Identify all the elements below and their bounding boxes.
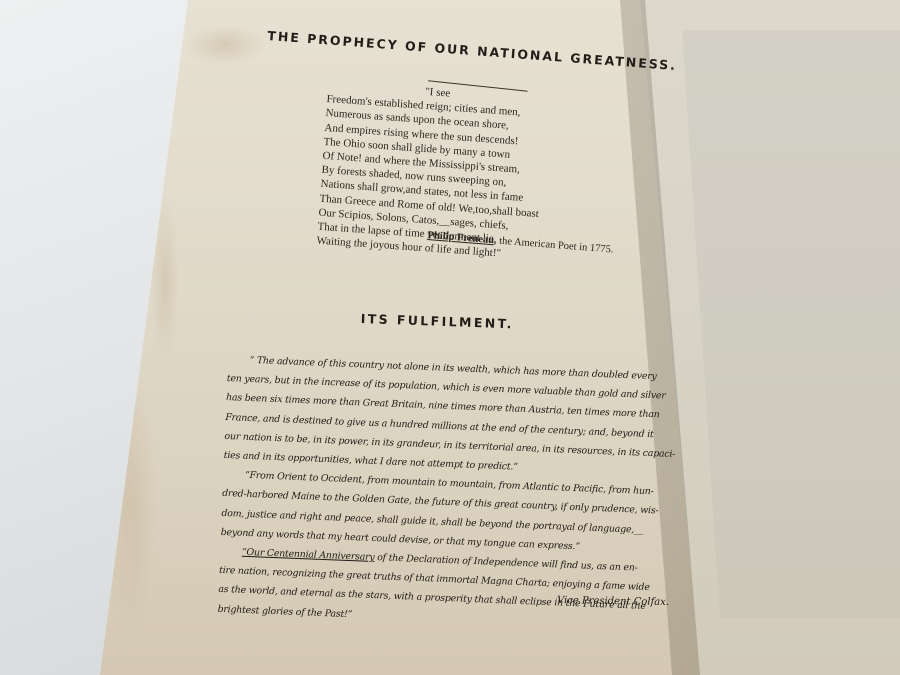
fulfilment-quote: “ The advance of this country not alone … <box>217 350 627 635</box>
page-content: THE PROPHECY OF OUR NATIONAL GREATNESS. … <box>0 0 900 675</box>
underlined-phrase: “Our Centennial Anniversary <box>242 547 375 563</box>
fulfilment-title: ITS FULFILMENT. <box>360 311 514 331</box>
prophecy-title: THE PROPHECY OF OUR NATIONAL GREATNESS. <box>267 28 678 73</box>
signature: Vice President Colfax. <box>557 595 669 608</box>
